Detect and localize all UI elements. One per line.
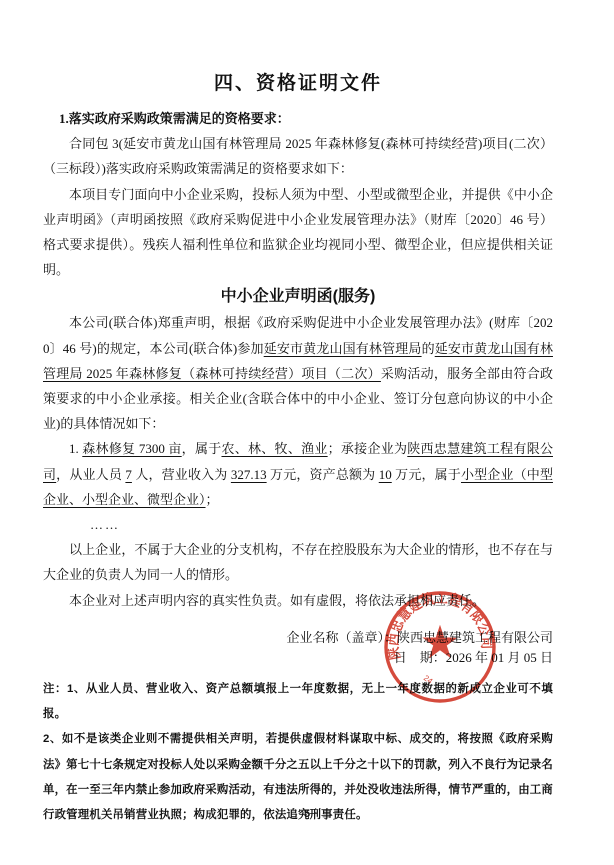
- underlined-value: 10: [379, 467, 392, 482]
- document-page: 四、资格证明文件 1.落实政府采购政策需满足的资格要求： 合同包 3(延安市黄龙…: [0, 0, 614, 865]
- underlined-value: 延安市黄龙山国有林管理局: [264, 341, 422, 356]
- signature-company-line: 企业名称（盖章）：陕西忠慧建筑工程有限公司: [43, 628, 553, 648]
- declaration-ellipsis: ……: [43, 512, 553, 537]
- underlined-value: 327.13: [231, 467, 267, 482]
- declaration-paragraph-intro: 本公司(联合体)郑重声明，根据《政府采购促进中小企业发展管理办法》(财库〔202…: [43, 310, 553, 436]
- underlined-value: 森林修复 7300 亩: [82, 441, 181, 456]
- footnotes: 注：1、从业人员、营业收入、资产总额填报上一年度数据，无上一年度数据的新成立企业…: [43, 677, 553, 829]
- text-segment: 万元，属于: [392, 467, 461, 482]
- declaration-item-1: 1. 森林修复 7300 亩，属于农、林、牧、渔业；承接企业为陕西忠慧建筑工程有…: [43, 436, 553, 512]
- section1-paragraph-policy: 本项目专门面向中小企业采购，投标人须为中型、小型或微型企业，并提供《中小企业声明…: [43, 182, 553, 283]
- text-segment: 1.: [69, 441, 82, 456]
- text-segment: ；承接企业为: [328, 441, 408, 456]
- declaration-heading: 中小企业声明函(服务): [43, 283, 553, 310]
- underlined-value: 农、林、牧、渔业: [221, 441, 327, 456]
- footnote-1: 注：1、从业人员、营业收入、资产总额填报上一年度数据，无上一年度数据的新成立企业…: [43, 677, 553, 728]
- text-segment: ，属于: [182, 441, 222, 456]
- page-number: 5: [0, 808, 614, 820]
- text-segment: 万元，资产总额为: [267, 467, 379, 482]
- declaration-paragraph-responsibility: 本企业对上述声明内容的真实性负责。如有虚假，将依法承担相应责任。: [43, 588, 553, 613]
- signature-date-line: 日 期：2026 年 01 月 05 日: [43, 648, 553, 668]
- section1-heading: 1.落实政府采购政策需满足的资格要求：: [43, 106, 553, 131]
- declaration-paragraph-no-large-enterprise: 以上企业，不属于大企业的分支机构，不存在控股股东为大企业的情形，也不存在与大企业…: [43, 537, 553, 587]
- text-segment: ；: [206, 492, 219, 507]
- signature-block: 企业名称（盖章）：陕西忠慧建筑工程有限公司 日 期：2026 年 01 月 05…: [43, 628, 553, 668]
- section1-paragraph-contract: 合同包 3(延安市黄龙山国有林管理局 2025 年森林修复(森林可持续经营)项目…: [43, 131, 553, 181]
- document-title: 四、资格证明文件: [43, 72, 553, 96]
- text-segment: 的: [422, 341, 435, 356]
- text-segment: ，从业人员: [56, 467, 125, 482]
- text-segment: 人，营业收入为: [132, 467, 231, 482]
